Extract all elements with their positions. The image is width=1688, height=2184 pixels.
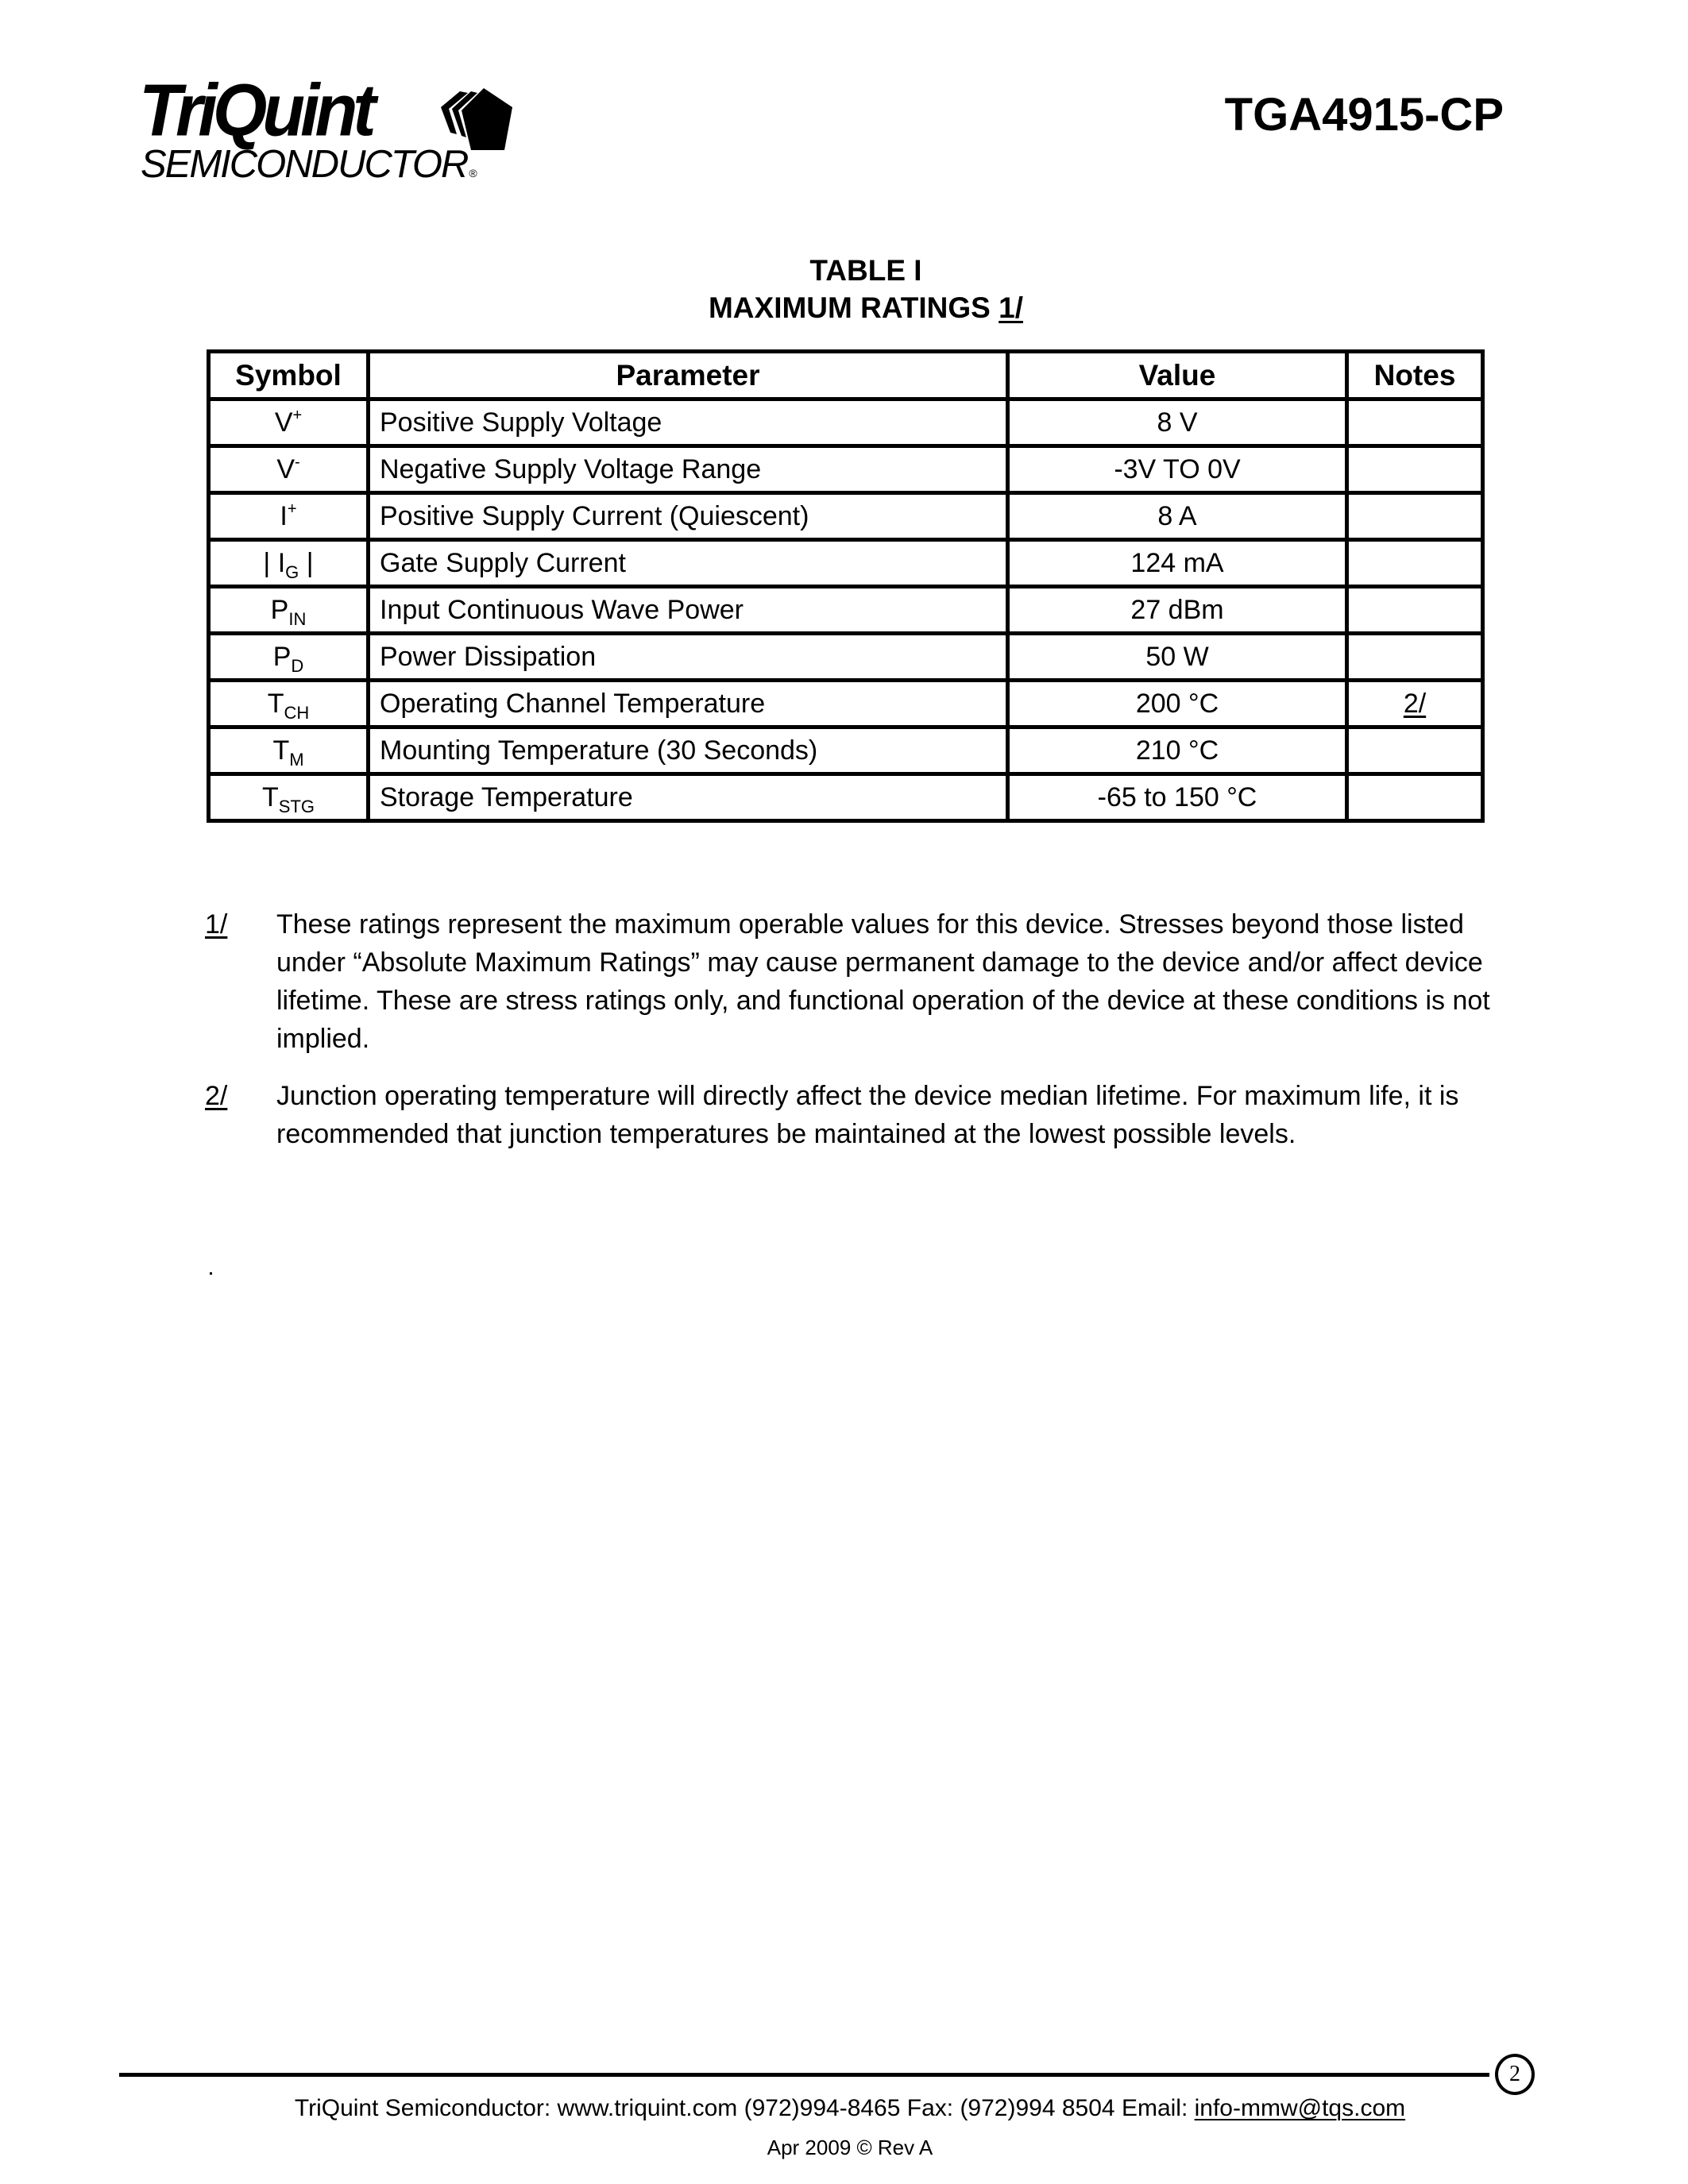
company-logo: TriQuint SEMICONDUCTOR®: [139, 75, 552, 195]
cell-value: 8 A: [1008, 493, 1347, 540]
stray-dot: [210, 1272, 212, 1275]
footer-divider: [119, 2073, 1489, 2077]
cell-symbol: TSTG: [209, 774, 369, 821]
cell-parameter: Positive Supply Current (Quiescent): [369, 493, 1008, 540]
cell-value: -65 to 150 °C: [1008, 774, 1347, 821]
column-header-notes: Notes: [1347, 352, 1483, 399]
cell-parameter: Power Dissipation: [369, 634, 1008, 681]
logo-brand-text: TriQuint: [139, 74, 372, 147]
cell-notes: [1347, 774, 1483, 821]
cell-notes: 2/: [1347, 681, 1483, 727]
footnote-text: These ratings represent the maximum oper…: [276, 905, 1508, 1058]
table-row: TMMounting Temperature (30 Seconds)210 °…: [209, 727, 1483, 774]
cell-notes: [1347, 399, 1483, 446]
table-row: V+Positive Supply Voltage8 V: [209, 399, 1483, 446]
part-number: TGA4915-CP: [1225, 92, 1504, 138]
footnote-text: Junction operating temperature will dire…: [276, 1077, 1508, 1153]
column-header-value: Value: [1008, 352, 1347, 399]
cell-value: 27 dBm: [1008, 587, 1347, 634]
cell-symbol: TCH: [209, 681, 369, 727]
footnote-2: 2/ Junction operating temperature will d…: [205, 1077, 1508, 1153]
cell-value: 200 °C: [1008, 681, 1347, 727]
table-title-line2: MAXIMUM RATINGS 1/: [0, 289, 1688, 326]
email-link[interactable]: info-mmw@tqs.com: [1195, 2095, 1406, 2121]
footer-contact: TriQuint Semiconductor: www.triquint.com…: [0, 2094, 1688, 2123]
footnote-marker: 1/: [205, 905, 227, 943]
table-row: TCHOperating Channel Temperature200 °C2/: [209, 681, 1483, 727]
cell-value: 124 mA: [1008, 540, 1347, 587]
cell-value: 8 V: [1008, 399, 1347, 446]
cell-symbol: PIN: [209, 587, 369, 634]
table-header-row: Symbol Parameter Value Notes: [209, 352, 1483, 399]
cell-symbol: PD: [209, 634, 369, 681]
table-row: PINInput Continuous Wave Power27 dBm: [209, 587, 1483, 634]
cell-value: 210 °C: [1008, 727, 1347, 774]
note-ref-link[interactable]: 1/: [999, 291, 1023, 324]
page-number-badge: 2: [1495, 2054, 1535, 2095]
cell-value: 50 W: [1008, 634, 1347, 681]
cell-value: -3V TO 0V: [1008, 446, 1347, 493]
cell-notes: [1347, 540, 1483, 587]
table-row: TSTGStorage Temperature-65 to 150 °C: [209, 774, 1483, 821]
table-row: | IG |Gate Supply Current124 mA: [209, 540, 1483, 587]
cell-parameter: Negative Supply Voltage Range: [369, 446, 1008, 493]
note-ref-link[interactable]: 2/: [1404, 689, 1426, 719]
cell-parameter: Gate Supply Current: [369, 540, 1008, 587]
cell-parameter: Positive Supply Voltage: [369, 399, 1008, 446]
cell-symbol: V+: [209, 399, 369, 446]
table-title: TABLE I MAXIMUM RATINGS 1/: [0, 252, 1688, 326]
cell-parameter: Input Continuous Wave Power: [369, 587, 1008, 634]
cell-notes: [1347, 727, 1483, 774]
cell-notes: [1347, 493, 1483, 540]
cell-notes: [1347, 587, 1483, 634]
footnote-marker: 2/: [205, 1077, 227, 1115]
footnote-1: 1/ These ratings represent the maximum o…: [205, 905, 1508, 1058]
cell-symbol: TM: [209, 727, 369, 774]
maximum-ratings-table: Symbol Parameter Value Notes V+Positive …: [207, 349, 1485, 823]
cell-notes: [1347, 446, 1483, 493]
cell-symbol: | IG |: [209, 540, 369, 587]
column-header-symbol: Symbol: [209, 352, 369, 399]
logo-subtitle: SEMICONDUCTOR®: [141, 145, 476, 184]
table-row: V-Negative Supply Voltage Range-3V TO 0V: [209, 446, 1483, 493]
cell-notes: [1347, 634, 1483, 681]
cell-parameter: Operating Channel Temperature: [369, 681, 1008, 727]
cell-parameter: Mounting Temperature (30 Seconds): [369, 727, 1008, 774]
table-row: PDPower Dissipation50 W: [209, 634, 1483, 681]
footer-date-revision: Apr 2009 © Rev A: [0, 2135, 1688, 2160]
cell-symbol: I+: [209, 493, 369, 540]
cell-symbol: V-: [209, 446, 369, 493]
table-title-line1: TABLE I: [0, 252, 1688, 289]
column-header-parameter: Parameter: [369, 352, 1008, 399]
table-row: I+Positive Supply Current (Quiescent)8 A: [209, 493, 1483, 540]
cell-parameter: Storage Temperature: [369, 774, 1008, 821]
